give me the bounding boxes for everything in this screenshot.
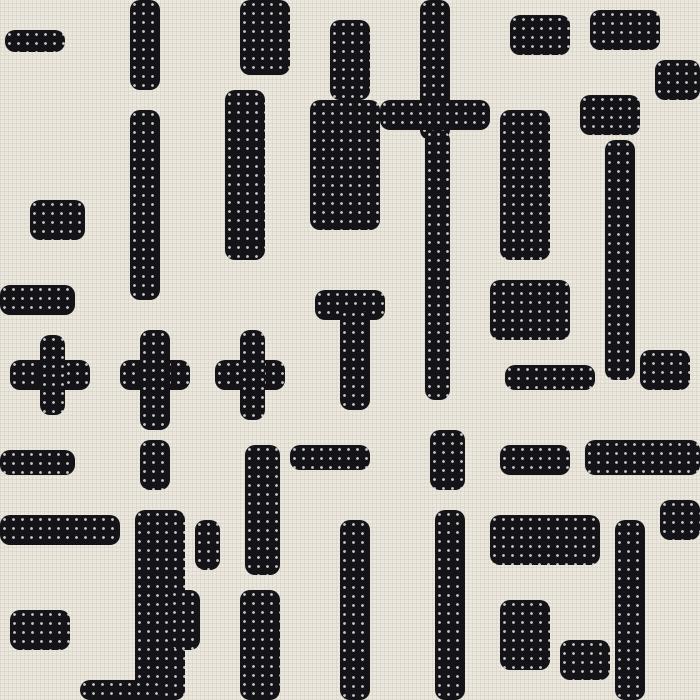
fabric-motif [490,515,600,565]
fabric-motif [130,0,160,90]
fabric-motif [240,0,290,75]
fabric-motif [655,60,700,100]
fabric-motif [590,10,660,50]
fabric-motif [0,515,120,545]
fabric-motif [330,20,370,100]
fabric-motif [585,440,700,475]
fabric-motif [225,90,265,260]
fabric-motif [80,680,160,700]
fabric-motif [605,140,635,380]
fabric-motif [240,330,265,420]
fabric-motif [490,280,570,340]
fabric-motif [310,100,380,230]
fabric-motif [640,350,690,390]
fabric-motif [5,30,65,52]
fabric-motif [560,640,610,680]
fabric-motif [505,365,595,390]
fabric-motif [660,500,700,540]
fabric-motif [340,520,370,700]
fabric-motif [500,110,550,260]
fabric-motif [140,330,170,430]
fabric-motif [130,110,160,300]
woven-fabric-texture [0,0,700,700]
fabric-motif [240,590,280,700]
fabric-motif [430,430,465,490]
fabric-motif [140,440,170,490]
fabric-motif [170,590,200,650]
fabric-motif [290,445,370,470]
fabric-motif [500,445,570,475]
fabric-motif [380,100,490,130]
fabric-motif [10,610,70,650]
fabric-motif [30,200,85,240]
fabric-motif [245,445,280,575]
fabric-motif [435,510,465,700]
fabric-motif [0,285,75,315]
fabric-motif [580,95,640,135]
fabric-motif [500,600,550,670]
fabric-motif [195,520,220,570]
fabric-motif [510,15,570,55]
fabric-motif [425,130,450,400]
fabric-motif [615,520,645,700]
fabric-motif [340,310,370,410]
fabric-motif [40,335,65,415]
fabric-motif [0,450,75,475]
